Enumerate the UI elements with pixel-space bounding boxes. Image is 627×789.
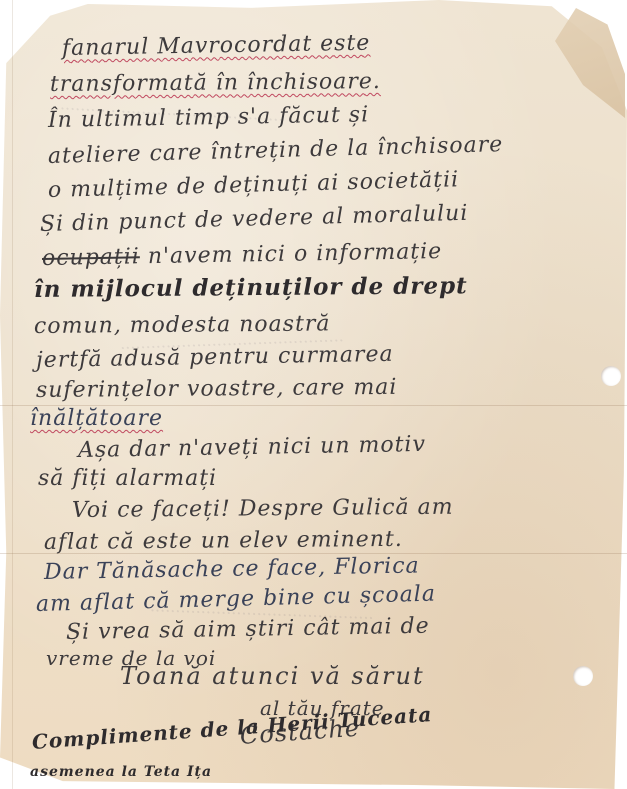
letter-line: am aflat că merge bine cu școala bbox=[36, 582, 437, 617]
letter-line: Și vrea să aim știri cât mai de bbox=[66, 614, 430, 645]
letter-line: Dar Tănăsache ce face, Florica bbox=[44, 553, 420, 585]
letter-line: În ultimul timp s'a făcut și bbox=[48, 102, 370, 133]
letter-line: jertfă adusă pentru curmarea bbox=[36, 342, 394, 373]
letter-line: fanarul Mavrocordat este bbox=[62, 31, 371, 61]
letter-line: înălțătoare bbox=[30, 406, 163, 431]
letter-line: să fiți alarmați bbox=[38, 466, 217, 491]
letter-line: ocupații n'avem nici o informație bbox=[42, 239, 443, 271]
letter-closing: Toană atunci vă sărut bbox=[120, 662, 425, 690]
letter-line: Și din punct de vedere al moralului bbox=[40, 201, 469, 237]
letter-line: comun, modesta noastră bbox=[34, 311, 331, 339]
letter-line: o mulțime de deținuți ai societății bbox=[48, 167, 460, 203]
letter-line: Așa dar n'aveți nici un motiv bbox=[78, 432, 426, 463]
letter-line: transformată în închisoare. bbox=[50, 69, 381, 97]
postscript-line: asemenea la Teta Ița bbox=[30, 764, 212, 780]
letter-line: suferințelor voastre, care mai bbox=[36, 375, 398, 403]
letter-line: în mijlocul deținuților de drept bbox=[34, 272, 468, 303]
letter-line: Voi ce faceți! Despre Gulică am bbox=[72, 495, 454, 523]
letter-line: ateliere care întrețin de la închisoare bbox=[48, 132, 504, 169]
struck-word: ocupații bbox=[42, 244, 140, 271]
letter-line: aflat că este un elev eminent. bbox=[44, 527, 403, 555]
letter-body: fanarul Mavrocordat este transformată în… bbox=[0, 0, 627, 789]
letter-line-text: n'avem nici o informație bbox=[148, 239, 443, 269]
postscript-line: Complimente de la Herii Tuceata bbox=[31, 702, 433, 754]
